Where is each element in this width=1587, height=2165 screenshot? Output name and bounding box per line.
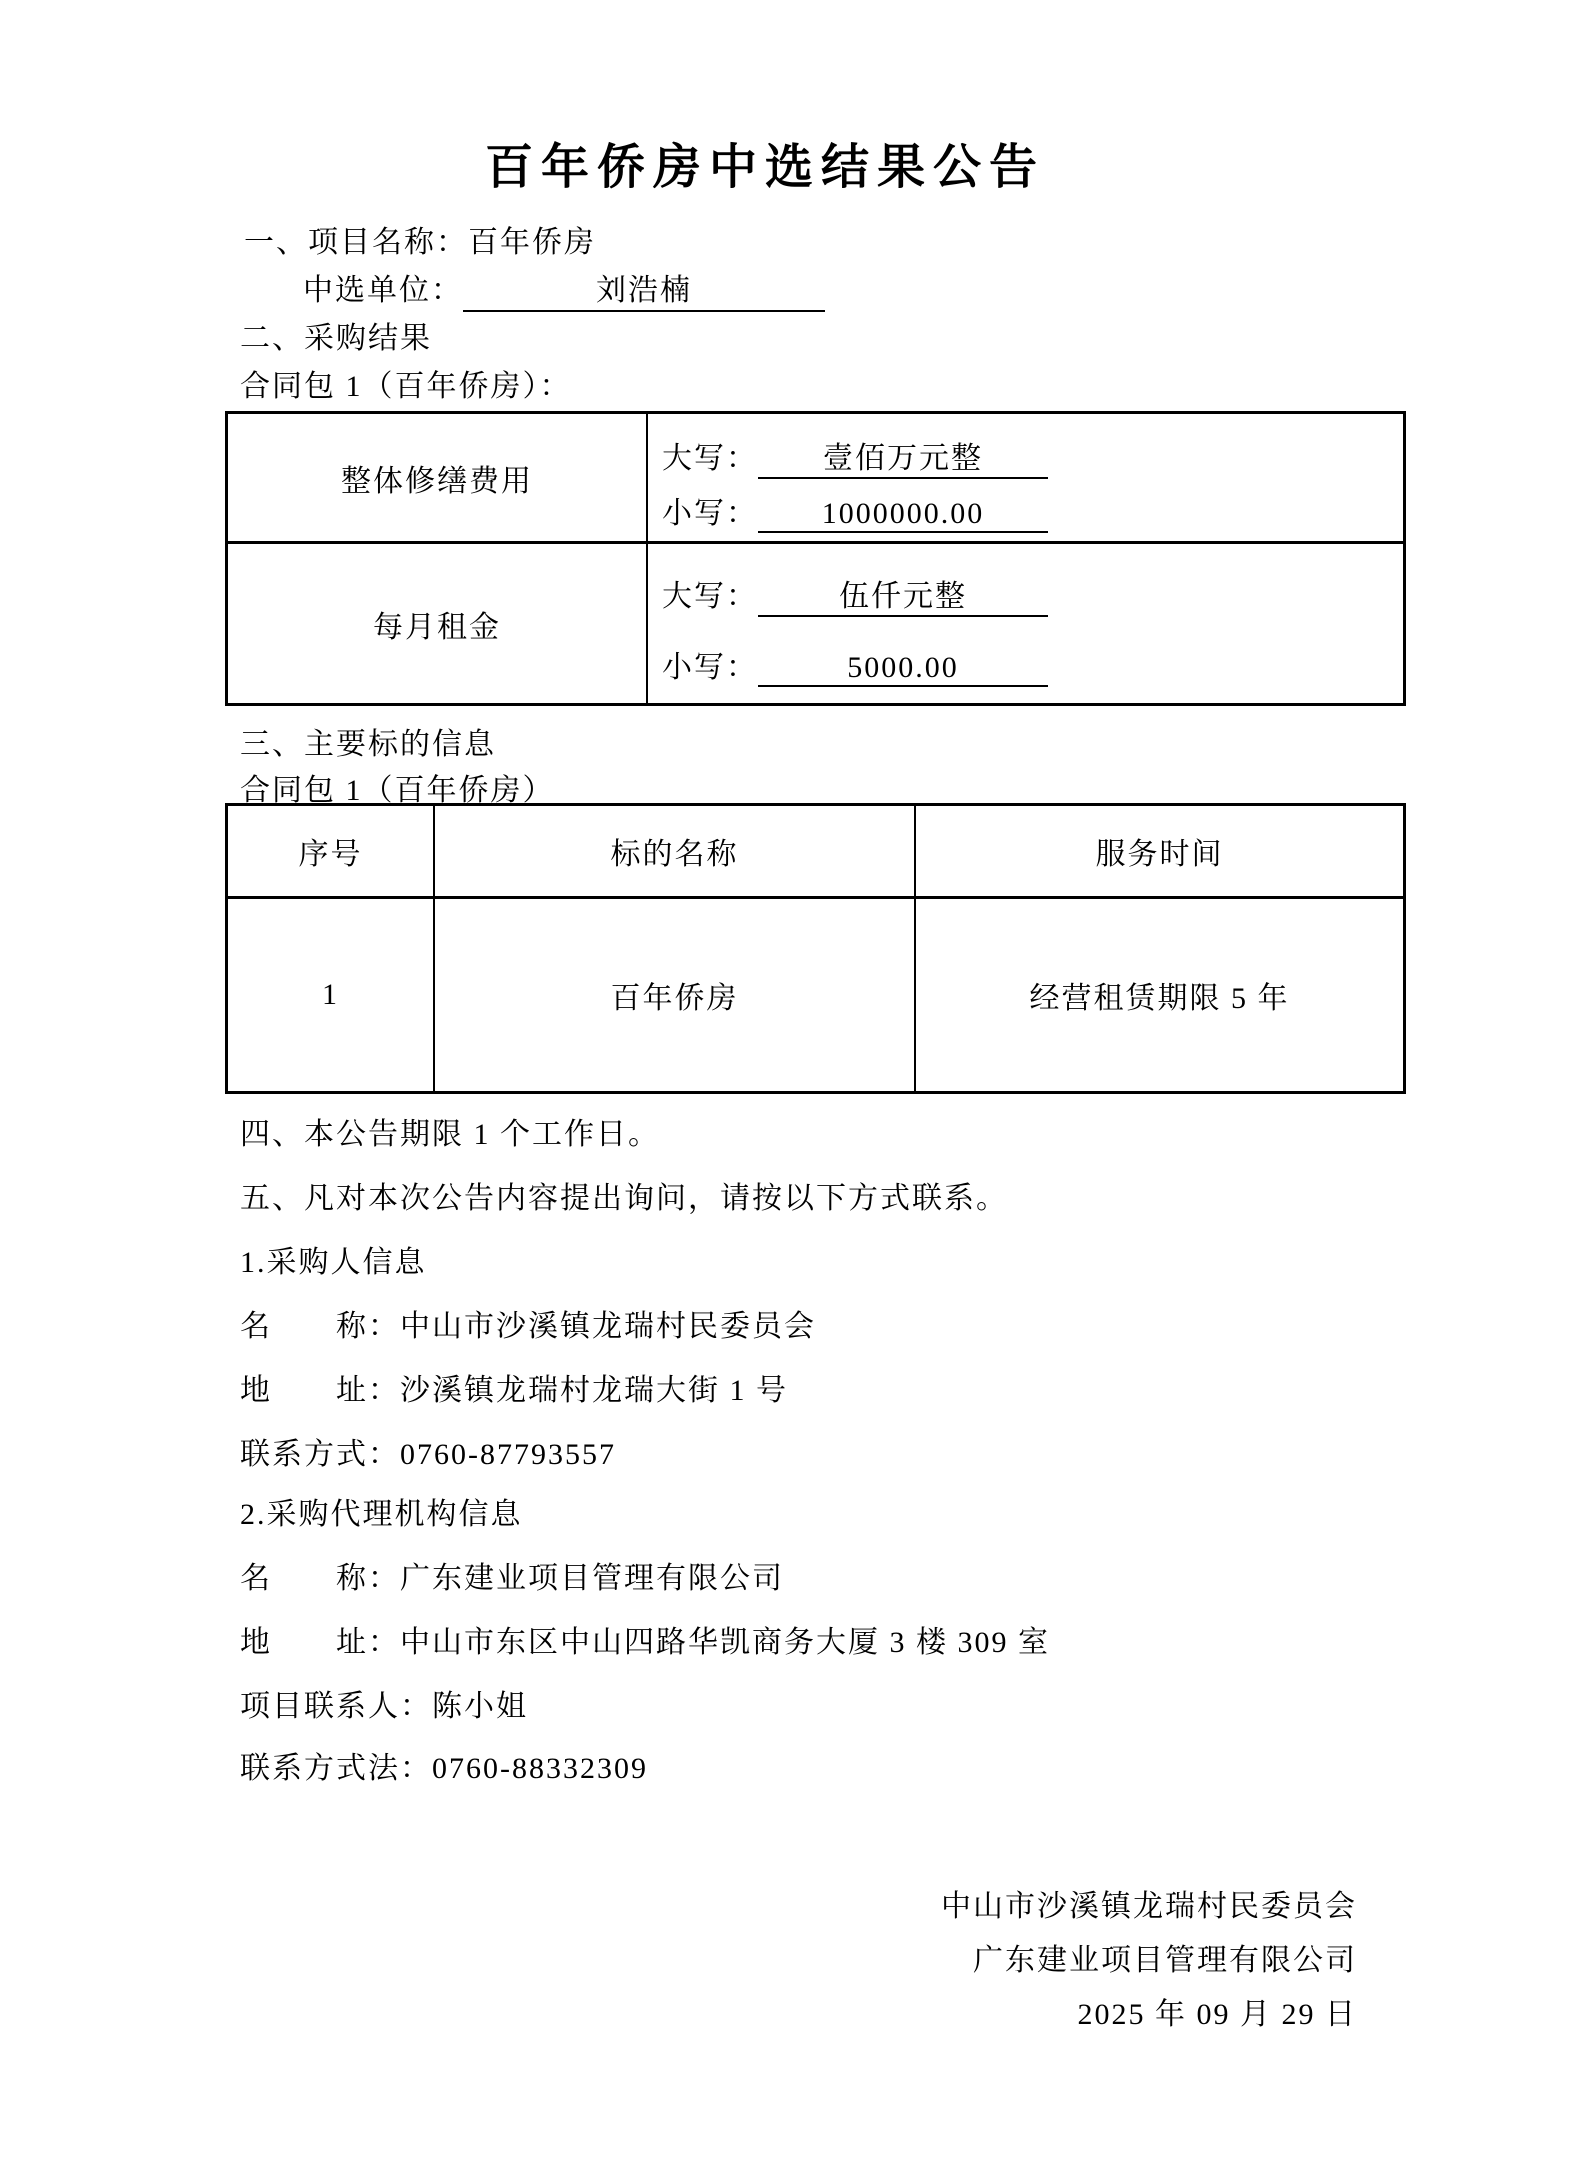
buyer-heading: 1.采购人信息	[240, 1244, 427, 1282]
daxie-line: 大写：壹佰万元整	[662, 433, 1393, 479]
subject-table-cell-service: 经营租赁期限 5 年	[916, 899, 1403, 1091]
buyer-phone-value: 0760-87793557	[400, 1438, 616, 1471]
subject-table-header-name: 标的名称	[435, 806, 916, 899]
agency-contact-value: 陈小姐	[432, 1690, 528, 1723]
result-table-item-cell: 每月租金	[228, 544, 648, 703]
announcement-page: 百年侨房中选结果公告 一、项目名称：百年侨房 中选单位：刘浩楠 二、采购结果 合…	[0, 0, 1587, 2165]
result-table-value-cell: 大写：壹佰万元整 小写：1000000.00	[648, 414, 1403, 544]
agency-phone-label: 联系方式法：	[240, 1752, 432, 1785]
winner-label: 中选单位：	[303, 274, 463, 307]
agency-phone-value: 0760-88332309	[432, 1752, 648, 1785]
subject-table: 序号 标的名称 服务时间 1 百年侨房 经营租赁期限 5 年	[225, 803, 1406, 1094]
xiaoxie-value: 1000000.00	[758, 497, 1048, 533]
buyer-address-line: 地 址：沙溪镇龙瑞村龙瑞大街 1 号	[240, 1372, 788, 1410]
winner-line: 中选单位：刘浩楠	[303, 272, 825, 312]
section5-text: 五、凡对本次公告内容提出询问，请按以下方式联系。	[240, 1180, 1008, 1218]
daxie-value: 伍仟元整	[758, 571, 1048, 617]
project-name-line: 一、项目名称：百年侨房	[244, 224, 596, 262]
buyer-name-value: 中山市沙溪镇龙瑞村民委员会	[400, 1310, 816, 1343]
result-table: 整体修缮费用 大写：壹佰万元整 小写：1000000.00 每月租金 大写：伍仟…	[225, 411, 1406, 706]
daxie-line: 大写：伍仟元整	[662, 571, 1393, 617]
signature-org-1: 中山市沙溪镇龙瑞村民委员会	[941, 1880, 1357, 1934]
agency-heading: 2.采购代理机构信息	[240, 1496, 523, 1534]
section2-package-label: 合同包 1（百年侨房）：	[240, 368, 572, 406]
buyer-phone-line: 联系方式：0760-87793557	[240, 1436, 616, 1474]
project-name-label: 一、项目名称：	[244, 226, 468, 259]
agency-name-label: 名 称：	[240, 1562, 400, 1595]
daxie-value: 壹佰万元整	[758, 433, 1048, 479]
subject-table-header-service: 服务时间	[916, 806, 1403, 899]
agency-contact-label: 项目联系人：	[240, 1690, 432, 1723]
agency-contact-line: 项目联系人：陈小姐	[240, 1688, 528, 1726]
result-table-item-cell: 整体修缮费用	[228, 414, 648, 544]
xiaoxie-value: 5000.00	[758, 651, 1048, 687]
xiaoxie-label: 小写：	[662, 497, 758, 530]
buyer-name-label: 名 称：	[240, 1310, 400, 1343]
winner-name-value: 刘浩楠	[463, 272, 825, 312]
section3-heading: 三、主要标的信息	[240, 726, 496, 764]
page-title: 百年侨房中选结果公告	[225, 138, 1305, 198]
xiaoxie-line: 小写：1000000.00	[662, 488, 1393, 533]
subject-table-cell-name: 百年侨房	[435, 899, 916, 1091]
agency-phone-line: 联系方式法：0760-88332309	[240, 1750, 648, 1788]
buyer-address-label: 地 址：	[240, 1374, 400, 1407]
agency-address-value: 中山市东区中山四路华凯商务大厦 3 楼 309 室	[400, 1626, 1050, 1659]
buyer-phone-label: 联系方式：	[240, 1438, 400, 1471]
signature-org-2: 广东建业项目管理有限公司	[941, 1934, 1357, 1988]
daxie-label: 大写：	[662, 580, 758, 613]
agency-address-label: 地 址：	[240, 1626, 400, 1659]
subject-table-cell-seq: 1	[228, 899, 435, 1091]
subject-table-header-seq: 序号	[228, 806, 435, 899]
signature-date: 2025 年 09 月 29 日	[941, 1988, 1357, 2042]
buyer-name-line: 名 称：中山市沙溪镇龙瑞村民委员会	[240, 1308, 816, 1346]
agency-name-line: 名 称：广东建业项目管理有限公司	[240, 1560, 784, 1598]
result-table-value-cell: 大写：伍仟元整 小写：5000.00	[648, 544, 1403, 703]
section2-heading: 二、采购结果	[240, 320, 432, 358]
agency-address-line: 地 址：中山市东区中山四路华凯商务大厦 3 楼 309 室	[240, 1624, 1050, 1662]
project-name-value: 百年侨房	[468, 226, 596, 259]
signature-block: 中山市沙溪镇龙瑞村民委员会 广东建业项目管理有限公司 2025 年 09 月 2…	[941, 1880, 1357, 2042]
agency-name-value: 广东建业项目管理有限公司	[400, 1562, 784, 1595]
xiaoxie-line: 小写：5000.00	[662, 642, 1393, 687]
section4-text: 四、本公告期限 1 个工作日。	[240, 1116, 660, 1154]
buyer-address-value: 沙溪镇龙瑞村龙瑞大街 1 号	[400, 1374, 788, 1407]
xiaoxie-label: 小写：	[662, 651, 758, 684]
daxie-label: 大写：	[662, 442, 758, 475]
